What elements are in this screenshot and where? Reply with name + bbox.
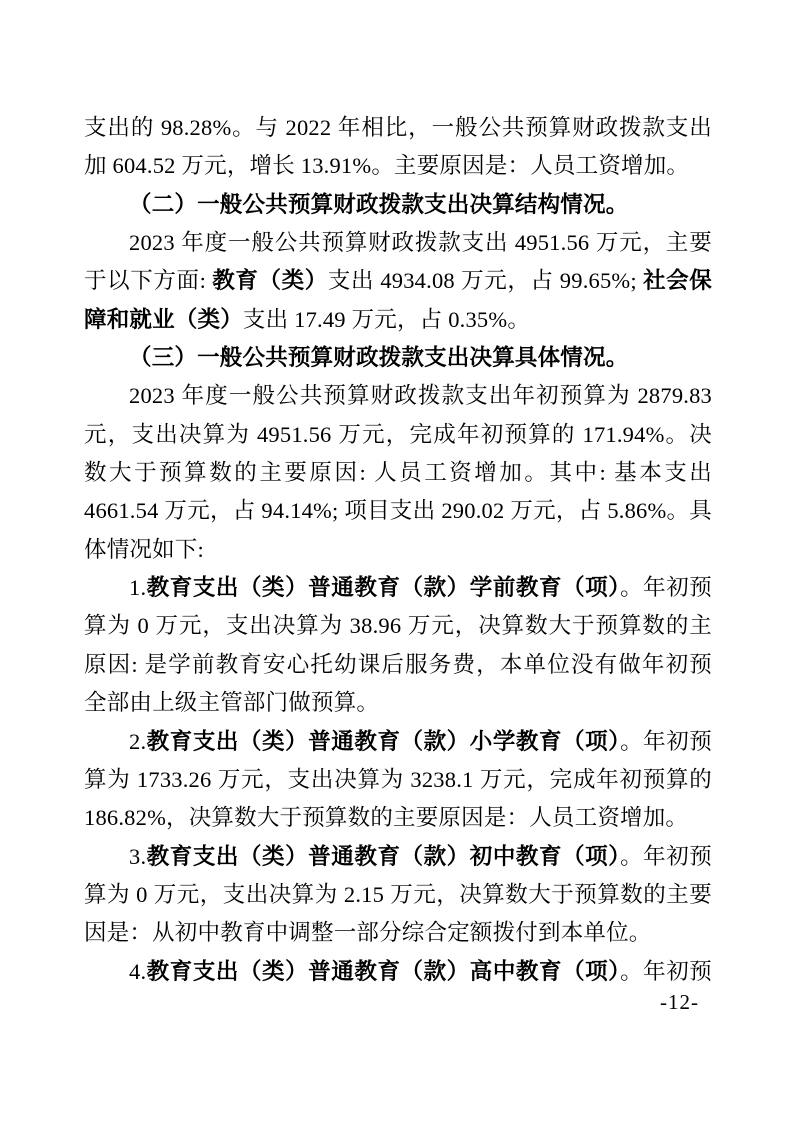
text-run: 原因: 是学前教育安心托幼课后服务费，本单位没有做年初预算，: [84, 652, 712, 684]
text-line-19: 186.82%，决算数大于预算数的主要原因是：人员工资增加。: [84, 799, 712, 837]
text-run: 于以下方面:: [84, 268, 212, 293]
text-run: 。年初预: [620, 729, 712, 754]
text-line-12: 体情况如下:: [84, 531, 712, 569]
text-run: 2023 年度一般公共预算财政拨款支出 4951.56 万元，主要用: [84, 230, 712, 262]
text-run: 数大于预算数的主要原因: 人员工资增加。其中: 基本支出: [84, 460, 712, 485]
text-line-23: 4.教育支出（类）普通教育（款）高中教育（项）。年初预: [84, 953, 712, 991]
text-run: 1.: [129, 575, 146, 600]
bold-text-run: 教育支出（类）普通教育（款）学前教育（项）: [146, 575, 620, 600]
text-run: 支出 17.49 万元，占 0.35%。: [243, 307, 530, 332]
text-line-9: 元，支出决算为 4951.56 万元，完成年初预算的 171.94%。决算: [84, 416, 712, 454]
text-line-8: 2023 年度一般公共预算财政拨款支出年初预算为 2879.83 万: [84, 377, 712, 415]
text-line-3: （二）一般公共预算财政拨款支出决算结构情况。: [84, 186, 712, 224]
text-line-6: 障和就业（类）支出 17.49 万元，占 0.35%。: [84, 301, 712, 339]
text-run: 186.82%，决算数大于预算数的主要原因是：人员工资增加。: [84, 805, 688, 830]
text-line-10: 数大于预算数的主要原因: 人员工资增加。其中: 基本支出: [84, 454, 712, 492]
text-run: 体情况如下:: [84, 537, 204, 562]
text-line-21: 算为 0 万元，支出决算为 2.15 万元，决算数大于预算数的主要原: [84, 876, 712, 914]
text-run: 加 604.52 万元，增长 13.91%。主要原因是：人员工资增加。: [84, 153, 689, 178]
bold-text-run: 教育（类）: [212, 268, 328, 293]
text-run: 。年初预: [620, 844, 712, 869]
page-number: -12-: [660, 989, 699, 1015]
text-line-17: 2.教育支出（类）普通教育（款）小学教育（项）。年初预: [84, 723, 712, 761]
text-run: 全部由上级主管部门做预算。: [84, 690, 379, 715]
text-run: 。年初预: [620, 959, 712, 984]
text-run: 4.: [129, 959, 146, 984]
text-line-18: 算为 1733.26 万元，支出决算为 3238.1 万元，完成年初预算的: [84, 761, 712, 799]
text-line-4: 2023 年度一般公共预算财政拨款支出 4951.56 万元，主要用: [84, 224, 712, 262]
text-run: 2.: [129, 729, 146, 754]
text-run: 支出的 98.28%。与 2022 年相比，一般公共预算财政拨款支出增: [84, 115, 712, 147]
bold-text-run: 社会保: [643, 268, 712, 293]
bold-text-run: 教育支出（类）普通教育（款）初中教育（项）: [146, 844, 620, 869]
text-line-22: 因是：从初中教育中调整一部分综合定额拨付到本单位。: [84, 914, 712, 952]
bold-text-run: （三）一般公共预算财政拨款支出决算具体情况。: [129, 345, 628, 370]
text-run: 2023 年度一般公共预算财政拨款支出年初预算为 2879.83 万: [84, 383, 712, 415]
bold-text-run: 教育支出（类）普通教育（款）小学教育（项）: [146, 729, 620, 754]
text-line-2: 加 604.52 万元，增长 13.91%。主要原因是：人员工资增加。: [84, 147, 712, 185]
bold-text-run: 障和就业（类）: [84, 307, 243, 332]
text-line-13: 1.教育支出（类）普通教育（款）学前教育（项）。年初预: [84, 569, 712, 607]
text-run: 。年初预: [620, 575, 712, 600]
bold-text-run: 教育支出（类）普通教育（款）高中教育（项）: [146, 959, 620, 984]
text-run: 3.: [129, 844, 146, 869]
text-block: 支出的 98.28%。与 2022 年相比，一般公共预算财政拨款支出增加 604…: [84, 109, 712, 991]
text-line-7: （三）一般公共预算财政拨款支出决算具体情况。: [84, 339, 712, 377]
text-run: 算为 0 万元，支出决算为 38.96 万元，决算数大于预算数的主要: [84, 613, 712, 645]
text-line-5: 于以下方面: 教育（类）支出 4934.08 万元，占 99.65%; 社会保: [84, 262, 712, 300]
text-run: 元，支出决算为 4951.56 万元，完成年初预算的 171.94%。决算: [84, 422, 712, 454]
text-line-14: 算为 0 万元，支出决算为 38.96 万元，决算数大于预算数的主要: [84, 607, 712, 645]
text-run: 4661.54 万元，占 94.14%; 项目支出 290.02 万元，占 5.…: [84, 498, 712, 523]
text-line-1: 支出的 98.28%。与 2022 年相比，一般公共预算财政拨款支出增: [84, 109, 712, 147]
bold-text-run: （二）一般公共预算财政拨款支出决算结构情况。: [129, 192, 628, 217]
text-line-16: 全部由上级主管部门做预算。: [84, 684, 712, 722]
text-run: 支出 4934.08 万元，占 99.65%;: [328, 268, 643, 293]
text-run: 因是：从初中教育中调整一部分综合定额拨付到本单位。: [84, 920, 652, 945]
text-line-11: 4661.54 万元，占 94.14%; 项目支出 290.02 万元，占 5.…: [84, 492, 712, 530]
document-page: 支出的 98.28%。与 2022 年相比，一般公共预算财政拨款支出增加 604…: [0, 0, 794, 1122]
text-run: 算为 0 万元，支出决算为 2.15 万元，决算数大于预算数的主要原: [84, 882, 712, 914]
text-line-20: 3.教育支出（类）普通教育（款）初中教育（项）。年初预: [84, 838, 712, 876]
text-run: 算为 1733.26 万元，支出决算为 3238.1 万元，完成年初预算的: [84, 767, 712, 792]
text-line-15: 原因: 是学前教育安心托幼课后服务费，本单位没有做年初预算，: [84, 646, 712, 684]
